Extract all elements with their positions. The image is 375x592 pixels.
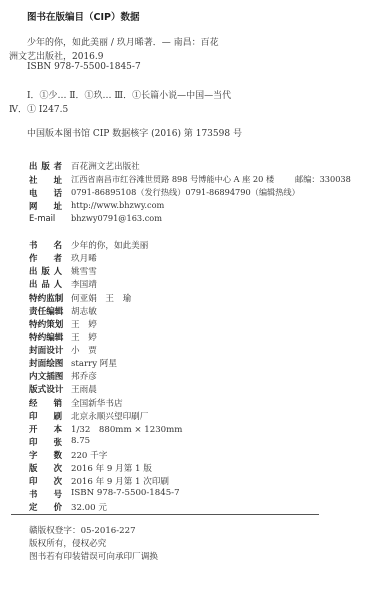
cip-line-record-number: 中国版本图书馆 CIP 数据核字 (2016) 第 173598 号 bbox=[27, 126, 242, 139]
book-price: 32.00 元 bbox=[71, 501, 107, 513]
label-printing: 印 次 bbox=[29, 475, 62, 487]
label-price: 定 价 bbox=[29, 501, 62, 513]
label-address: 社 址 bbox=[29, 174, 62, 186]
publisher-phone: 0791-86895108（发行热线）0791-86894790（编辑热线） bbox=[71, 187, 300, 198]
label-inner-illustration: 内文插图 bbox=[29, 370, 63, 382]
label-special-planner: 特约策划 bbox=[29, 318, 63, 330]
label-special-supervisor: 特约监制 bbox=[29, 292, 63, 304]
book-isbn: ISBN 978-7-5500-1845-7 bbox=[71, 488, 180, 498]
copyright-registration: 赣版权登字：05-2016-227 bbox=[29, 524, 136, 536]
book-distributor: 全国新华书店 bbox=[71, 397, 123, 409]
book-printing: 2016 年 9 月第 1 次印刷 bbox=[71, 475, 169, 487]
postal-code: 邮编：330038 bbox=[295, 174, 351, 185]
book-special-editor: 王 婷 bbox=[71, 331, 97, 343]
cip-line-title-author: 少年的你，如此美丽 / 玖月晞著．— 南昌：百花 bbox=[27, 35, 219, 48]
label-cover-illustration: 封面绘图 bbox=[29, 357, 63, 369]
cip-line-classification: Ⅰ．①少… Ⅱ．①玖… Ⅲ．①长篇小说—中国—当代 bbox=[27, 88, 231, 101]
label-responsible-editor: 责任编辑 bbox=[29, 305, 63, 317]
cip-line-publisher-date: 洲文艺出版社，2016.9 bbox=[9, 49, 104, 62]
section-divider bbox=[11, 514, 319, 515]
label-distributor: 经 销 bbox=[29, 397, 62, 409]
book-printer: 北京永顺兴望印刷厂 bbox=[71, 410, 148, 422]
label-special-editor: 特约编辑 bbox=[29, 331, 63, 343]
book-producer: 李国靖 bbox=[71, 278, 97, 290]
copyright-notice: 版权所有，侵权必究 bbox=[29, 537, 106, 549]
book-cover-design: 小 贾 bbox=[71, 344, 97, 356]
label-isbn: 书 号 bbox=[29, 488, 62, 500]
label-website: 网 址 bbox=[29, 200, 62, 212]
book-layout-design: 王雨晨 bbox=[71, 383, 97, 395]
book-cover-illustration: starry 阿星 bbox=[71, 357, 117, 369]
book-special-supervisor: 何亚娟 王 瑜 bbox=[71, 292, 131, 304]
publisher-address: 江西省南昌市红谷滩世贸路 898 号博能中心 A 座 20 楼 bbox=[71, 174, 274, 185]
label-printer: 印 刷 bbox=[29, 410, 62, 422]
label-publisher: 出 版 者 bbox=[29, 160, 62, 172]
label-author: 作 者 bbox=[29, 252, 62, 264]
label-word-count: 字 数 bbox=[29, 449, 62, 461]
label-cover-design: 封面设计 bbox=[29, 344, 63, 356]
label-email: E-mail bbox=[29, 213, 55, 223]
label-producer: 出 品 人 bbox=[29, 278, 62, 290]
book-word-count: 220 千字 bbox=[71, 449, 107, 461]
book-special-planner: 王 婷 bbox=[71, 318, 97, 330]
book-author: 玖月晞 bbox=[71, 252, 97, 264]
book-publisher-person: 姚雪雪 bbox=[71, 265, 97, 277]
book-sheets: 8.75 bbox=[71, 436, 90, 446]
cip-title: 图书在版编目（CIP）数据 bbox=[27, 9, 139, 23]
label-book-title: 书 名 bbox=[29, 239, 62, 251]
print-error-notice: 图书若有印装错误可向承印厂调换 bbox=[29, 550, 158, 562]
book-format: 1/32 880mm × 1230mm bbox=[71, 423, 182, 435]
label-phone: 电 话 bbox=[29, 187, 62, 199]
label-sheets: 印 张 bbox=[29, 436, 62, 448]
cip-line-isbn: ISBN 978-7-5500-1845-7 bbox=[27, 62, 141, 72]
label-edition: 版 次 bbox=[29, 462, 62, 474]
publisher-website[interactable]: http://www.bhzwy.com bbox=[71, 200, 164, 210]
book-inner-illustration: 邦乔彦 bbox=[71, 370, 97, 382]
label-format: 开 本 bbox=[29, 423, 62, 435]
book-title: 少年的你，如此美丽 bbox=[71, 239, 148, 251]
book-responsible-editor: 胡志敏 bbox=[71, 305, 97, 317]
label-layout-design: 版式设计 bbox=[29, 383, 63, 395]
cip-line-class-number: Ⅳ．① I247.5 bbox=[9, 102, 68, 115]
book-edition: 2016 年 9 月第 1 版 bbox=[71, 462, 152, 474]
publisher-name: 百花洲文艺出版社 bbox=[71, 160, 140, 172]
label-publisher-person: 出 版 人 bbox=[29, 265, 62, 277]
publisher-email[interactable]: bhzwy0791@163.com bbox=[71, 213, 162, 223]
